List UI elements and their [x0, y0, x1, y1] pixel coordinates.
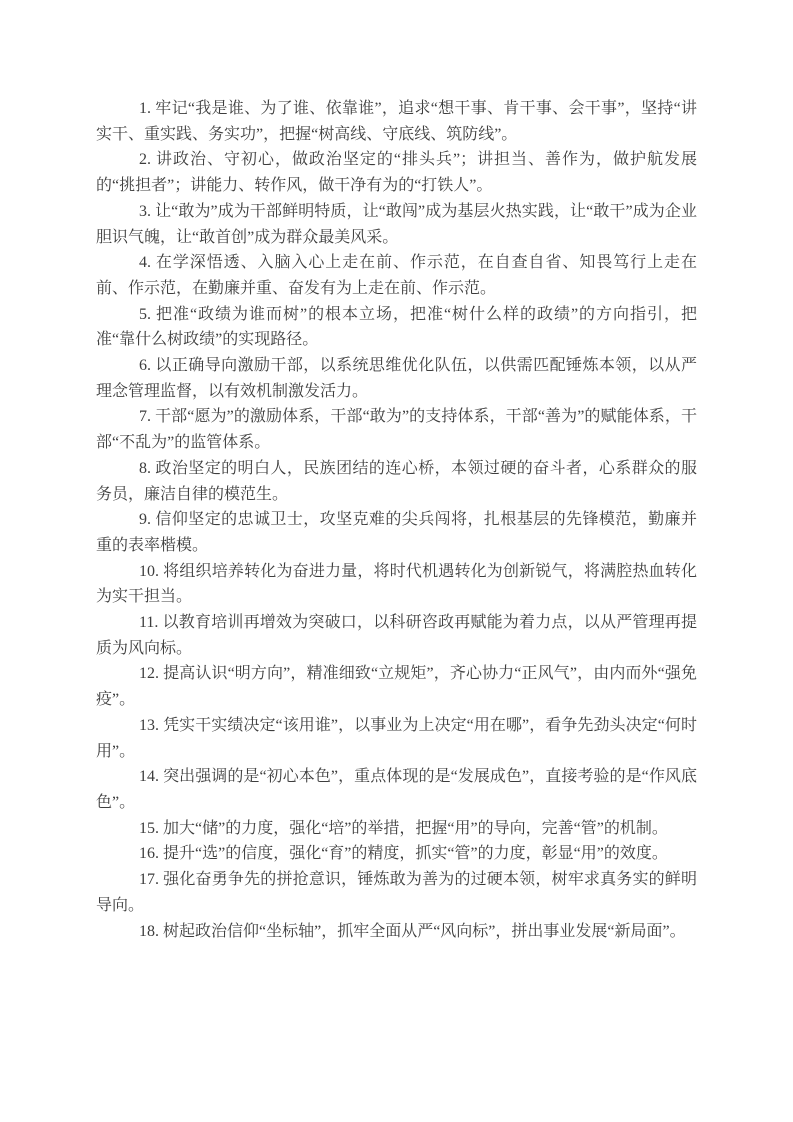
- paragraph-2: 2. 讲政治、守初心，做政治坚定的“排头兵”；讲担当、善作为，做护航发展的“挑担…: [96, 147, 697, 198]
- paragraph-3: 3. 让“敢为”成为干部鲜明特质，让“敢闯”成为基层火热实践，让“敢干”成为企业…: [96, 199, 697, 250]
- paragraph-9: 9. 信仰坚定的忠诚卫士，攻坚克难的尖兵闯将，扎根基层的先锋模范，勤廉并重的表率…: [96, 507, 697, 558]
- document-body: 1. 牢记“我是谁、为了谁、依靠谁”，追求“想干事、肯干事、会干事”，坚持“讲实…: [96, 96, 697, 944]
- paragraph-14: 14. 突出强调的是“初心本色”，重点体现的是“发展成色”，直接考验的是“作风底…: [96, 764, 697, 815]
- paragraph-13: 13. 凭实干实绩决定“该用谁”，以事业为上决定“用在哪”，看争先劲头决定“何时…: [96, 713, 697, 764]
- paragraph-8: 8. 政治坚定的明白人，民族团结的连心桥，本领过硬的奋斗者，心系群众的服务员，廉…: [96, 456, 697, 507]
- paragraph-1: 1. 牢记“我是谁、为了谁、依靠谁”，追求“想干事、肯干事、会干事”，坚持“讲实…: [96, 96, 697, 147]
- paragraph-6: 6. 以正确导向激励干部，以系统思维优化队伍，以供需匹配锤炼本领，以从严理念管理…: [96, 353, 697, 404]
- paragraph-18: 18. 树起政治信仰“坐标轴”，抓牢全面从严“风向标”，拼出事业发展“新局面”。: [96, 919, 697, 945]
- paragraph-5: 5. 把准“政绩为谁而树”的根本立场，把准“树什么样的政绩”的方向指引，把准“靠…: [96, 302, 697, 353]
- paragraph-11: 11. 以教育培训再增效为突破口，以科研咨政再赋能为着力点，以从严管理再提质为风…: [96, 610, 697, 661]
- paragraph-16: 16. 提升“选”的信度，强化“育”的精度，抓实“管”的力度，彰显“用”的效度。: [96, 841, 697, 867]
- paragraph-10: 10. 将组织培养转化为奋进力量，将时代机遇转化为创新锐气，将满腔热血转化为实干…: [96, 559, 697, 610]
- paragraph-7: 7. 干部“愿为”的激励体系，干部“敢为”的支持体系，干部“善为”的赋能体系，干…: [96, 404, 697, 455]
- paragraph-12: 12. 提高认识“明方向”，精准细致“立规矩”，齐心协力“正风气”，由内而外“强…: [96, 661, 697, 712]
- paragraph-15: 15. 加大“储”的力度，强化“培”的举措，把握“用”的导向，完善“管”的机制。: [96, 816, 697, 842]
- paragraph-4: 4. 在学深悟透、入脑入心上走在前、作示范，在自查自省、知畏笃行上走在前、作示范…: [96, 250, 697, 301]
- paragraph-17: 17. 强化奋勇争先的拼抢意识，锤炼敢为善为的过硬本领，树牢求真务实的鲜明导向。: [96, 867, 697, 918]
- document-page: 1. 牢记“我是谁、为了谁、依靠谁”，追求“想干事、肯干事、会干事”，坚持“讲实…: [0, 0, 793, 1122]
